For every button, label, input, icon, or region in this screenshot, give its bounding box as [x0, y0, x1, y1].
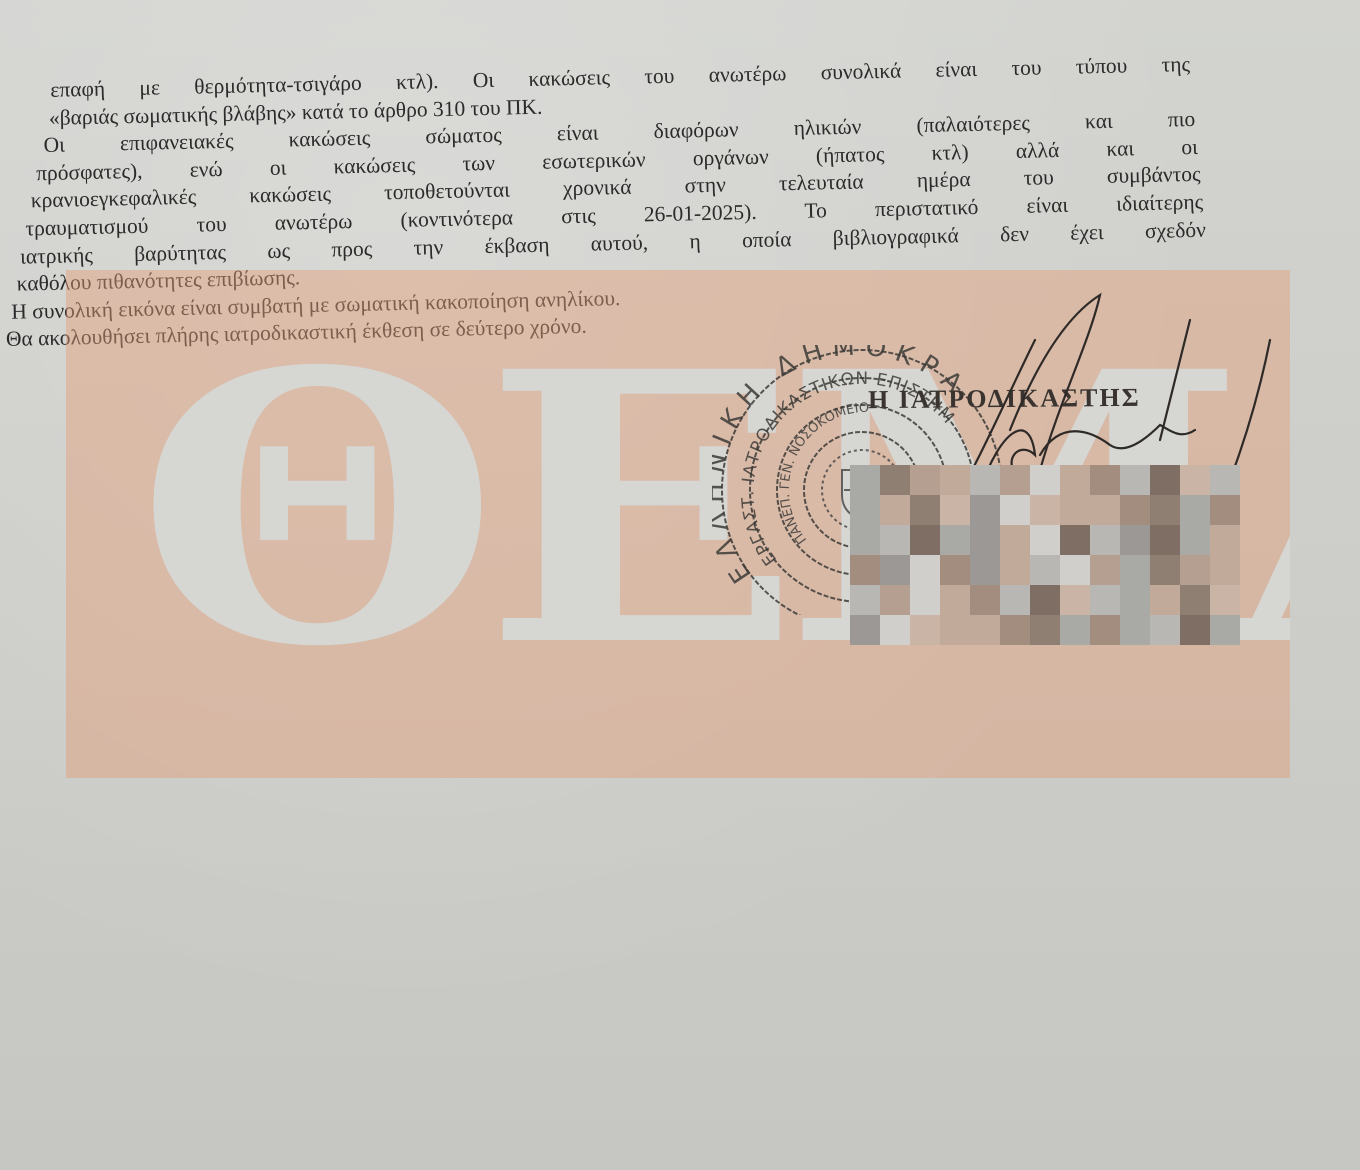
pixel-cell	[850, 555, 880, 585]
pixel-cell	[850, 495, 880, 525]
pixel-cell	[1060, 495, 1090, 525]
pixel-cell	[1090, 615, 1120, 645]
pixel-cell	[910, 495, 940, 525]
pixel-cell	[1150, 615, 1180, 645]
pixel-cell	[1180, 585, 1210, 615]
pixel-cell	[940, 495, 970, 525]
pixel-cell	[880, 465, 910, 495]
pixel-cell	[1000, 465, 1030, 495]
pixel-cell	[1060, 615, 1090, 645]
pixel-cell	[850, 525, 880, 555]
pixel-cell	[1150, 555, 1180, 585]
pixel-cell	[880, 585, 910, 615]
pixel-cell	[1210, 615, 1240, 645]
pixel-cell	[1210, 585, 1240, 615]
pixel-cell	[970, 465, 1000, 495]
pixel-cell	[1180, 525, 1210, 555]
pixel-cell	[910, 615, 940, 645]
pixel-cell	[1180, 495, 1210, 525]
pixel-cell	[970, 555, 1000, 585]
pixel-cell	[1120, 615, 1150, 645]
pixel-cell	[880, 555, 910, 585]
pixel-cell	[1090, 495, 1120, 525]
pixel-cell	[1000, 615, 1030, 645]
pixel-cell	[910, 585, 940, 615]
pixel-cell	[970, 495, 1000, 525]
pixel-cell	[880, 525, 910, 555]
pixel-cell	[1120, 555, 1150, 585]
pixel-cell	[1150, 495, 1180, 525]
pixel-cell	[910, 555, 940, 585]
pixel-cell	[1030, 495, 1060, 525]
pixel-cell	[1090, 555, 1120, 585]
pixel-cell	[1090, 525, 1120, 555]
pixel-cell	[1000, 495, 1030, 525]
pixel-cell	[1210, 525, 1240, 555]
pixel-cell	[910, 465, 940, 495]
pixel-cell	[1150, 525, 1180, 555]
pixel-cell	[1180, 465, 1210, 495]
pixel-cell	[1210, 465, 1240, 495]
pixel-cell	[1060, 585, 1090, 615]
pixel-cell	[910, 525, 940, 555]
pixel-cell	[1000, 585, 1030, 615]
pixel-cell	[1000, 525, 1030, 555]
pixel-cell	[1210, 495, 1240, 525]
pixel-cell	[1000, 555, 1030, 585]
pixel-cell	[1090, 465, 1120, 495]
pixel-cell	[1120, 525, 1150, 555]
pixel-cell	[1120, 495, 1150, 525]
pixel-cell	[940, 465, 970, 495]
pixel-cell	[1150, 465, 1180, 495]
pixel-cell	[970, 615, 1000, 645]
pixel-cell	[850, 585, 880, 615]
pixel-cell	[970, 525, 1000, 555]
pixel-cell	[1120, 585, 1150, 615]
pixel-cell	[940, 615, 970, 645]
pixel-cell	[1060, 525, 1090, 555]
pixel-cell	[1180, 555, 1210, 585]
pixel-cell	[1180, 615, 1210, 645]
pixel-cell	[970, 585, 1000, 615]
pixel-cell	[940, 585, 970, 615]
pixel-cell	[1060, 555, 1090, 585]
redacted-name-pixelation	[850, 465, 1240, 645]
pixel-cell	[1060, 465, 1090, 495]
pixel-cell	[1030, 465, 1060, 495]
pixel-cell	[1210, 555, 1240, 585]
pixel-cell	[850, 465, 880, 495]
pixel-cell	[850, 615, 880, 645]
pixel-cell	[1030, 525, 1060, 555]
pixel-cell	[1090, 585, 1120, 615]
pixel-cell	[880, 615, 910, 645]
bleed-through-text	[470, 1020, 478, 1050]
pixel-cell	[1150, 585, 1180, 615]
pixel-cell	[1030, 615, 1060, 645]
pixel-cell	[940, 525, 970, 555]
pixel-cell	[880, 495, 910, 525]
pixel-cell	[1030, 555, 1060, 585]
pixel-cell	[1120, 465, 1150, 495]
pixel-cell	[940, 555, 970, 585]
pixel-cell	[1030, 585, 1060, 615]
